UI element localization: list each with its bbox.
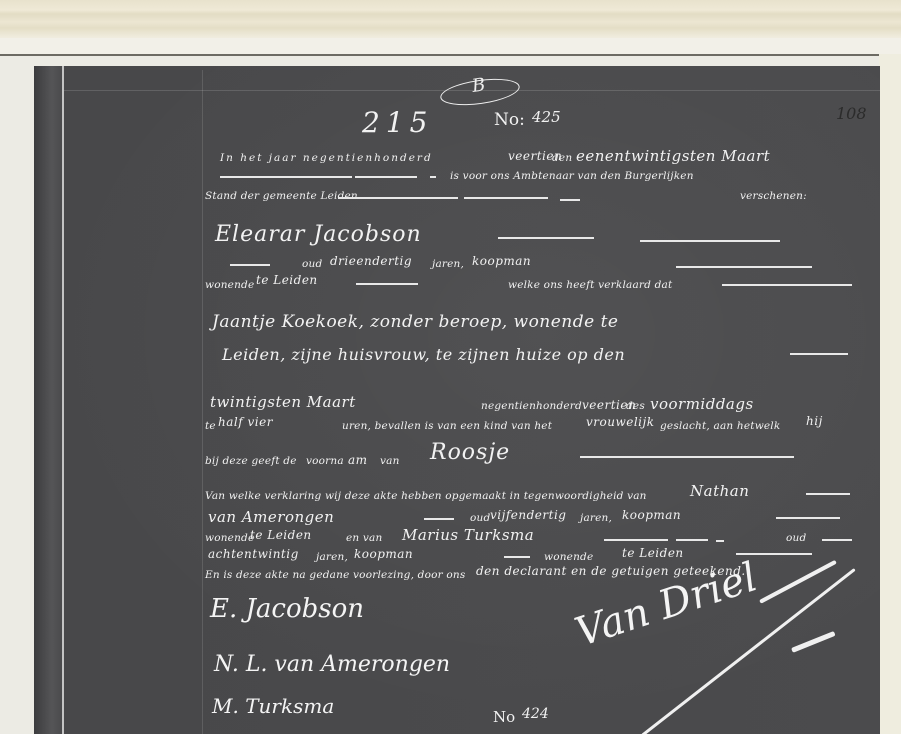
blank-rule	[504, 556, 530, 558]
print-voorna: voorna	[306, 455, 344, 467]
signature-witness-2: M. Turksma	[212, 694, 334, 718]
next-act-number: 424	[522, 706, 549, 722]
print-bevallen: uren, bevallen is van een kind van het	[342, 420, 552, 432]
left-edge-line	[62, 66, 64, 734]
print-oud-3: oud	[786, 532, 806, 544]
hand-hij: hij	[806, 414, 823, 428]
declarant-residence: te Leiden	[256, 273, 318, 287]
print-te: te	[205, 420, 216, 432]
right-paper-margin	[879, 54, 901, 734]
birth-date: twintigsten Maart	[210, 393, 356, 411]
mother-line: Jaantje Koekoek, zonder beroep, wonende …	[212, 312, 619, 332]
blank-rule	[230, 264, 270, 266]
witness-1-occupation: koopman	[622, 508, 681, 522]
next-act-label: No	[493, 708, 515, 726]
act-number-label: No:	[494, 110, 525, 130]
birthplace-line: Leiden, zijne huisvrouw, te zijnen huize…	[222, 345, 625, 364]
pencil-page-number: 108	[836, 104, 867, 123]
blank-rule	[430, 176, 436, 178]
print-oud-2: oud	[470, 512, 490, 524]
blank-rule	[464, 197, 548, 199]
page-edge	[0, 38, 901, 56]
blank-rule	[560, 199, 580, 201]
print-geslacht: geslacht, aan hetwelk	[660, 420, 780, 432]
blank-rule	[640, 240, 780, 242]
hand-am: am	[348, 453, 368, 467]
blank-rule	[722, 284, 852, 286]
signature-witness-1: N. L. van Amerongen	[214, 652, 450, 677]
child-sex: vrouwelijk	[586, 415, 655, 429]
blank-rule	[498, 237, 594, 239]
blank-rule	[822, 539, 852, 541]
witness-2-age: achtentwintig	[208, 547, 299, 561]
print-line-3a: Stand der gemeente Leiden	[205, 190, 358, 202]
print-year: negentienhonderd	[481, 400, 582, 412]
register-number: 215	[362, 106, 433, 139]
blank-rule	[676, 539, 708, 541]
blank-rule	[356, 283, 418, 285]
print-voorlezing: En is deze akte na gedane voorlezing, do…	[205, 569, 465, 581]
blank-rule	[806, 493, 850, 495]
blank-rule	[355, 176, 417, 178]
witness-2-occupation: koopman	[354, 547, 413, 561]
child-name: Roosje	[430, 440, 510, 465]
blank-rule	[424, 518, 454, 520]
declarant-occupation: koopman	[472, 254, 531, 268]
declarant-name: Elearar Jacobson	[215, 222, 422, 247]
print-bij-deze: bij deze geeft de	[205, 455, 297, 467]
witness-2-residence: te Leiden	[622, 546, 684, 560]
print-van: van	[380, 455, 400, 467]
print-line-2: is voor ons Ambtenaar van den Burgerlijk…	[450, 170, 694, 182]
binding-strip	[0, 0, 901, 39]
print-jaren: jaren,	[432, 258, 464, 270]
print-en-van: en van	[346, 532, 382, 544]
blank-rule	[580, 456, 794, 458]
act-number: 425	[532, 108, 561, 126]
witness-1-first: Nathan	[690, 482, 749, 500]
signature-declarant: E. Jacobson	[210, 594, 364, 624]
print-wonende: wonende	[205, 279, 254, 291]
blank-rule	[676, 266, 812, 268]
witness-1-age: vijfendertig	[490, 508, 566, 522]
witness-1-residence: te Leiden	[250, 528, 312, 542]
print-verklaring: Van welke verklaring wij deze akte hebbe…	[205, 490, 647, 502]
birth-hour: half vier	[218, 415, 273, 429]
print-wonende-3: wonende	[544, 551, 593, 563]
birth-time-of-day: voormiddags	[650, 395, 754, 413]
declarant-age: drieendertig	[330, 254, 412, 268]
margin-guide	[202, 70, 203, 734]
print-den: den	[552, 152, 572, 164]
hand-date: eenentwintigsten Maart	[576, 147, 770, 165]
print-jaren-2: jaren,	[580, 512, 612, 524]
print-wonende-2: wonende	[205, 532, 254, 544]
print-des: des	[626, 400, 645, 412]
print-oud: oud	[302, 258, 322, 270]
blank-rule	[338, 197, 458, 199]
print-jaren-3: jaren,	[316, 551, 348, 563]
print-line-1a: In het jaar negentienhonderd	[220, 152, 433, 164]
witness-2-name: Marius Turksma	[402, 526, 534, 544]
blank-rule	[790, 353, 848, 355]
blank-rule	[604, 539, 668, 541]
blank-rule	[776, 517, 840, 519]
blank-rule	[716, 540, 724, 542]
blank-rule	[220, 176, 352, 178]
print-declared: welke ons heeft verklaard dat	[508, 279, 672, 291]
print-verschenen: verschenen:	[740, 190, 807, 202]
witness-1-last: van Amerongen	[208, 508, 334, 526]
